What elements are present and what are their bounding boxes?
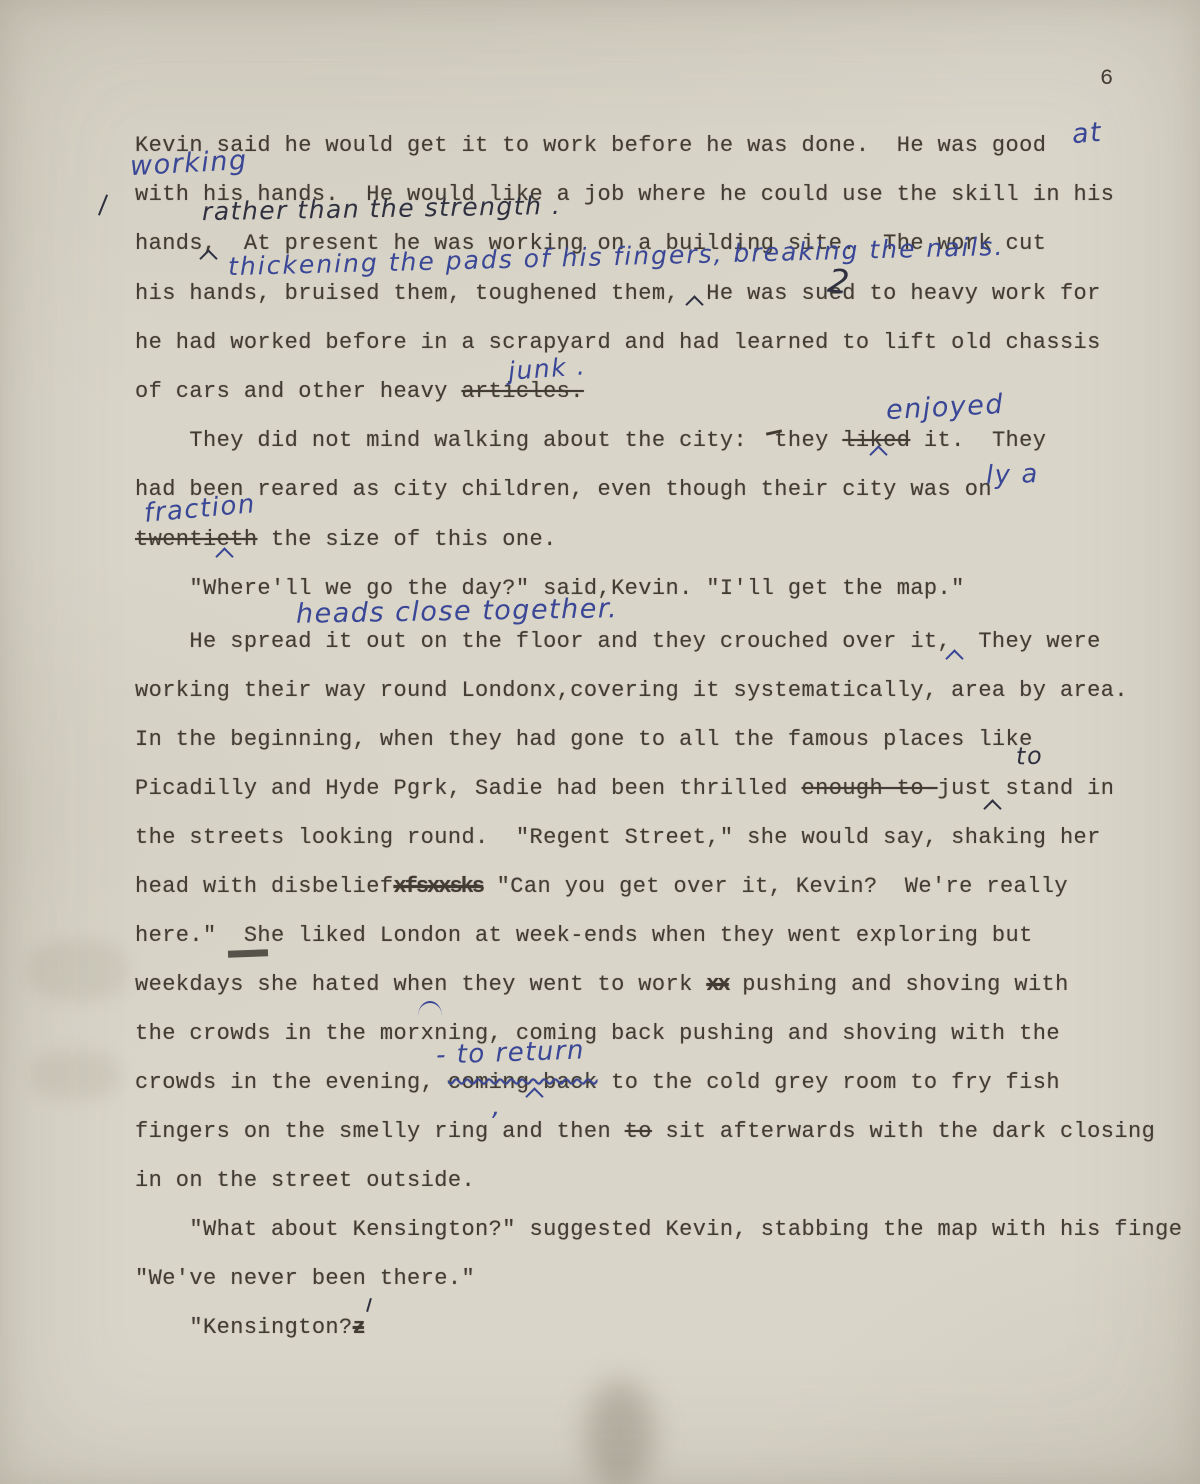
typed-text: "What about Kensington?" suggested Kevin… xyxy=(135,1217,1182,1242)
manuscript-page: 6 Kevin said he would get it to work bef… xyxy=(0,0,1200,1484)
handwritten-insertion-working: working xyxy=(129,145,248,182)
typed-text: fingers on the smelly ring and then xyxy=(135,1119,625,1144)
typed-line: his hands, bruised them, toughened them,… xyxy=(135,281,1101,307)
typed-line: They did not mind walking about the city… xyxy=(135,428,1046,454)
handwritten-insertion-enjoyed: enjoyed xyxy=(885,389,1004,426)
handwritten-comma-insert: , xyxy=(492,1092,502,1122)
typed-text: just stand in xyxy=(938,776,1115,801)
typed-line: the crowds in the morxning, coming back … xyxy=(135,1021,1060,1047)
handwritten-insertion-to: to xyxy=(1016,742,1044,771)
typed-text: the size of this one. xyxy=(257,527,556,552)
paper-stain xyxy=(585,1380,655,1484)
overtyped-strikeout: xfsxxsks xyxy=(393,874,483,899)
typed-text: In the beginning, when they had gone to … xyxy=(135,727,1033,752)
handwritten-insertion-heads-close: heads close together. xyxy=(296,593,619,630)
typed-text: to the cold grey room to fry fish xyxy=(597,1070,1059,1095)
typed-line: fingers on the smelly ring and then to s… xyxy=(135,1119,1155,1145)
struck-text: to xyxy=(625,1119,652,1144)
page-number: 6 xyxy=(1100,66,1113,91)
handwritten-insertion-at: at xyxy=(1071,117,1104,151)
typed-line: had been reared as city children, even t… xyxy=(135,477,992,503)
handwritten-insertion-to-return: - to return xyxy=(436,1035,586,1070)
handwritten-insertion-junk: junk . xyxy=(507,351,587,385)
typed-line: weekdays she hated when they went to wor… xyxy=(135,972,1069,998)
typed-text: it. They xyxy=(910,428,1046,453)
typed-text: Picadilly and Hyde Pgrk, Sadie had been … xyxy=(135,776,802,801)
handwritten-insertion-rather-than-strength: rather than the strength . xyxy=(202,191,562,226)
deletion-arc-mark xyxy=(418,1001,442,1016)
typed-text: here." She liked London at week-ends whe… xyxy=(135,923,1033,948)
typed-text: working their way round Londonx,covering… xyxy=(135,678,1128,703)
struck-text: twentieth xyxy=(135,527,257,552)
typed-text: of cars and other heavy xyxy=(135,379,461,404)
struck-text: enough to- xyxy=(802,776,938,801)
tick-mark xyxy=(366,1298,372,1312)
typed-line: twentieth the size of this one. xyxy=(135,527,557,553)
typed-text: the streets looking round. "Regent Stree… xyxy=(135,825,1101,850)
typed-line: here." She liked London at week-ends whe… xyxy=(135,923,1033,949)
typed-line: Picadilly and Hyde Pgrk, Sadie had been … xyxy=(135,776,1114,802)
typed-line: Kevin said he would get it to work befor… xyxy=(135,133,1046,159)
caret-mark xyxy=(983,799,1001,817)
handwritten-insertion-ly-a: ly a xyxy=(985,459,1039,491)
typed-line: head with disbeliefxfsxxsks "Can you get… xyxy=(135,874,1068,900)
typed-text: They did not mind walking about the city… xyxy=(135,428,842,453)
typed-text: the crowds in the morxning, coming back … xyxy=(135,1021,1060,1046)
typed-line: "Kensington?z xyxy=(135,1315,364,1341)
typed-text: "Can you get over it, Kevin? We're reall… xyxy=(483,874,1068,899)
ghost-impression xyxy=(30,1050,120,1100)
margin-tick-mark xyxy=(98,194,108,215)
typed-text: his hands, bruised them, toughened them,… xyxy=(135,281,1101,306)
overtyped-strikeout: xx xyxy=(706,972,728,997)
typed-line: working their way round Londonx,covering… xyxy=(135,678,1128,704)
transposition-mark: 2 xyxy=(826,261,853,302)
handwritten-strikeout-text: coming back xyxy=(448,1070,598,1095)
typed-text: "Kensington? xyxy=(135,1315,353,1340)
typed-text: sit afterwards with the dark closing xyxy=(652,1119,1155,1144)
typed-text: "We've never been there." xyxy=(135,1266,475,1291)
typed-line: crowds in the evening, coming back to th… xyxy=(135,1070,1060,1096)
typed-text: head with disbelief xyxy=(135,874,393,899)
typed-text: he had worked before in a scrapyard and … xyxy=(135,330,1101,355)
typed-text: in on the street outside. xyxy=(135,1168,475,1193)
overtyped-character: z xyxy=(353,1315,364,1340)
typed-text: pushing and shoving with xyxy=(729,972,1069,997)
typed-line: "What about Kensington?" suggested Kevin… xyxy=(135,1217,1182,1243)
typed-line: "We've never been there." xyxy=(135,1266,475,1292)
typed-text: weekdays she hated when they went to wor… xyxy=(135,972,706,997)
typed-line: In the beginning, when they had gone to … xyxy=(135,727,1033,753)
typed-smudge-strikeout xyxy=(228,949,268,957)
typed-text: had been reared as city children, even t… xyxy=(135,477,992,502)
ghost-impression xyxy=(28,940,128,1000)
typed-line: in on the street outside. xyxy=(135,1168,475,1194)
typed-line: the streets looking round. "Regent Stree… xyxy=(135,825,1101,851)
typed-text: Kevin said he would get it to work befor… xyxy=(135,133,1046,158)
typed-line: he had worked before in a scrapyard and … xyxy=(135,330,1101,356)
typed-text: crowds in the evening, xyxy=(135,1070,448,1095)
